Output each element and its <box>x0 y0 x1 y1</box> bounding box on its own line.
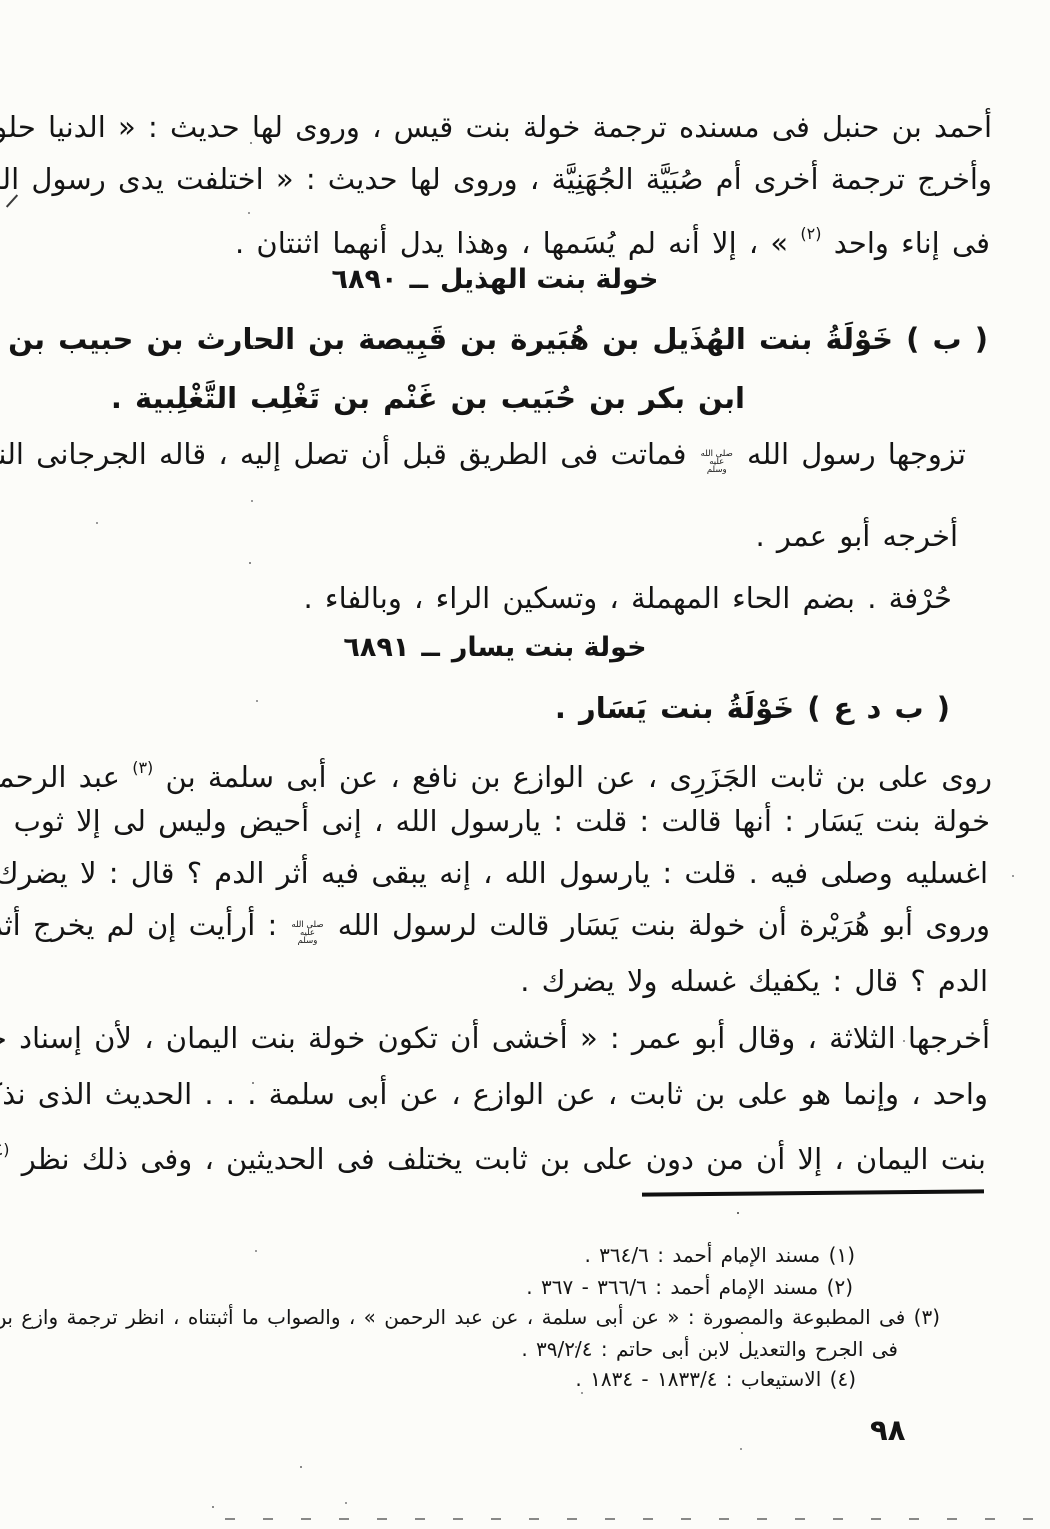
footnote-ref-2: (٢) <box>800 224 821 243</box>
scanned-book-page: أحمد بن حنبل فى مسنده ترجمة خولة بنت قيس… <box>0 0 1050 1529</box>
entry-6890-name-note-line: حُرْفة . بضم الحاء المهملة ، وتسكين الرا… <box>304 576 953 620</box>
scan-bottom-edge <box>225 1518 1050 1520</box>
entry-6890-nasab-line-2: ابن بكر بن حُبَيب بن غَنْم بن تَغْلِب ال… <box>111 376 745 420</box>
entry-6891-name-text: ( ب د ع ) خَوْلَةُ بنت يَسَار . <box>555 691 950 725</box>
intro-line-2-text: وأخرج ترجمة أخرى أم صُبَيَّة الجُهَنِيَّ… <box>0 162 992 196</box>
footnote-ref-3: (٣) <box>132 758 153 777</box>
nasab-line-2-text: ابن بكر بن حُبَيب بن غَنْم بن تَغْلِب ال… <box>111 381 745 415</box>
takhrij-6891-line-3-start: بنت اليمان ، إلا أن من دون على بن ثابت ي… <box>22 1142 986 1176</box>
marriage-text-after: فماتت فى الطريق قبل أن تصل إليه ، قاله ا… <box>0 437 687 471</box>
entry-6891-dash-icon: ــ <box>421 628 439 668</box>
takhrij-6891-line-2: واحد ، وإنما هو على بن ثابت ، عن الوازع … <box>0 1072 988 1116</box>
takhrij-6891-line-3: بنت اليمان ، إلا أن من دون على بن ثابت ي… <box>0 1128 986 1181</box>
intro-line-3-start: فى إناء واحد <box>834 226 990 260</box>
hadith1-line-2: خولة بنت يَسَار : أنها قالت : قلت : يارس… <box>0 799 990 843</box>
hadith2-line-1: وروى أبو هُرَيْرة أن خولة بنت يَسَار قال… <box>0 903 990 947</box>
entry-6891-name-line: ( ب د ع ) خَوْلَةُ بنت يَسَار . <box>555 686 950 730</box>
page-number: ٩٨ <box>870 1410 905 1450</box>
entry-6890-marriage-line: تزوجها رسول الله صلى الله عليه وسلم فمات… <box>0 432 966 476</box>
takhrij-6890-text: أخرجه أبو عمر . <box>755 519 958 553</box>
footnote-4-text: (٤) الاستيعاب : ١٨٣٣/٤ - ١٨٣٤ . <box>575 1367 856 1391</box>
footnote-1: (١) مسند الإمام أحمد : ٣٦٤/٦ . <box>584 1240 855 1270</box>
takhrij-6891-line-1: أخرجها الثلاثة ، وقال أبو عمر : « أخشى أ… <box>0 1016 990 1060</box>
entry-6890-title: خولة بنت الهذيل <box>440 260 659 300</box>
footnote-1-text: (١) مسند الإمام أحمد : ٣٦٤/٦ . <box>584 1243 855 1267</box>
hadith1-line-1-end: عبد الرحمن ، عن <box>0 760 120 794</box>
hadith2-line-1-end: : أرأيت إن لم يخرج أثر <box>0 908 277 942</box>
entry-6890-number: ٦٨٩٠ <box>332 260 398 300</box>
name-note-text: حُرْفة . بضم الحاء المهملة ، وتسكين الرا… <box>304 581 953 615</box>
hadith1-line-3: اغسليه وصلى فيه . قلت : يارسول الله ، إن… <box>0 851 988 895</box>
intro-line-1-text: أحمد بن حنبل فى مسنده ترجمة خولة بنت قيس… <box>0 110 992 144</box>
saw-ligature-icon: صلى الله عليه وسلم <box>699 450 735 474</box>
intro-line-3-end: » ، إلا أنه لم يُسَمها ، وهذا يدل أنهما … <box>235 226 788 260</box>
footnote-separator <box>642 1189 984 1196</box>
hadith2-line-2-text: الدم ؟ قال : يكفيك غسله ولا يضرك . <box>520 964 988 998</box>
hadith1-line-2-text: خولة بنت يَسَار : أنها قالت : قلت : يارس… <box>0 804 990 838</box>
hadith1-line-1-start: روى على بن ثابت الجَزَرِى ، عن الوازع بن… <box>166 760 993 794</box>
footnote-2: (٢) مسند الإمام أحمد : ٣٦٦/٦ - ٣٦٧ . <box>526 1272 853 1302</box>
hadith2-line-2: الدم ؟ قال : يكفيك غسله ولا يضرك . <box>520 959 988 1003</box>
entry-6890-heading: ٦٨٩٠ ــ خولة بنت الهذيل <box>0 260 990 300</box>
nasab-line-1-text: ( ب ) خَوْلَةُ بنت الهُذَيل بن هُبَيرة ب… <box>0 322 988 356</box>
entry-6890-nasab-line-1: ( ب ) خَوْلَةُ بنت الهُذَيل بن هُبَيرة ب… <box>0 317 988 361</box>
footnote-3-line-2: فى الجرح والتعديل لابن أبى حاتم : ٣٩/٢/٤… <box>521 1334 898 1364</box>
entry-6891-heading: ٦٨٩١ ــ خولة بنت يسار <box>0 628 990 668</box>
footnote-2-text: (٢) مسند الإمام أحمد : ٣٦٦/٦ - ٣٦٧ . <box>526 1275 853 1299</box>
hadith2-line-1-start: وروى أبو هُرَيْرة أن خولة بنت يَسَار قال… <box>338 908 990 942</box>
takhrij-6891-line-1-text: أخرجها الثلاثة ، وقال أبو عمر : « أخشى أ… <box>0 1021 990 1055</box>
hadith1-line-3-text: اغسليه وصلى فيه . قلت : يارسول الله ، إن… <box>0 856 988 890</box>
marriage-text-before: تزوجها رسول الله <box>747 437 966 471</box>
scan-noise <box>0 0 2 2</box>
takhrij-6891-line-2-text: واحد ، وإنما هو على بن ثابت ، عن الوازع … <box>0 1077 988 1111</box>
footnote-ref-4: (٤) <box>0 1140 10 1159</box>
footnote-3-line-1-text: (٣) فى المطبوعة والمصورة : « عن أبى سلمة… <box>0 1305 940 1329</box>
saw-ligature-icon: صلى الله عليه وسلم <box>289 921 325 945</box>
footnote-3-line-1: (٣) فى المطبوعة والمصورة : « عن أبى سلمة… <box>0 1302 940 1332</box>
entry-6891-number: ٦٨٩١ <box>343 628 409 668</box>
intro-line-3: فى إناء واحد (٢) » ، إلا أنه لم يُسَمها … <box>235 212 990 265</box>
intro-line-1: أحمد بن حنبل فى مسنده ترجمة خولة بنت قيس… <box>0 96 992 149</box>
footnote-4: (٤) الاستيعاب : ١٨٣٣/٤ - ١٨٣٤ . <box>575 1364 856 1394</box>
intro-line-2: وأخرج ترجمة أخرى أم صُبَيَّة الجُهَنِيَّ… <box>0 157 992 201</box>
entry-6891-title: خولة بنت يسار <box>452 628 647 668</box>
hadith1-line-1: روى على بن ثابت الجَزَرِى ، عن الوازع بن… <box>0 746 992 799</box>
footnote-3-line-2-text: فى الجرح والتعديل لابن أبى حاتم : ٣٩/٢/٤… <box>521 1337 898 1361</box>
entry-6890-dash-icon: ــ <box>409 260 427 300</box>
entry-6890-takhrij-line: أخرجه أبو عمر . <box>755 514 958 558</box>
